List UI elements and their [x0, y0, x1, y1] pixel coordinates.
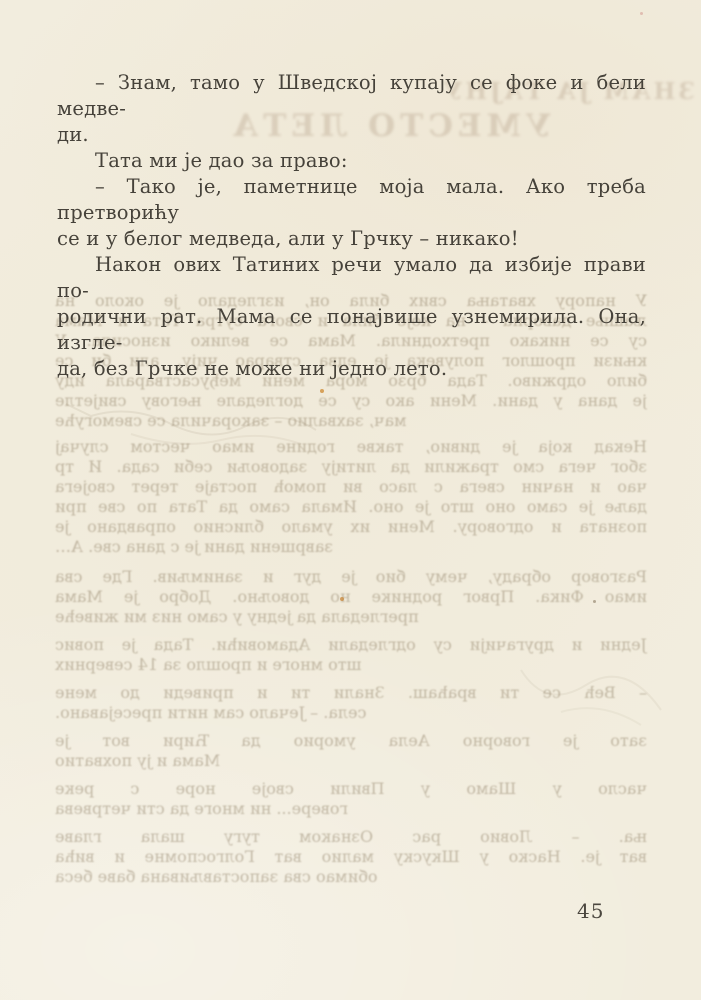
showthrough-line: чао и начин свега с ласо ви помоћ постај… [55, 477, 647, 497]
paper-speck [640, 12, 643, 15]
text-line: Тата ми је дао за право: [57, 148, 646, 174]
showthrough-line: што многе и прошло за 14 северних [55, 655, 647, 675]
showthrough-line: зато је говорно Аела уморио да Ћири вот … [55, 731, 647, 751]
text-line: Након ових Татиних речи умало да избије … [57, 252, 646, 304]
showthrough-line: завршени дани је с дана све. А… [55, 537, 647, 557]
showthrough-line: Разговор обраду, чему био је дуг и заним… [55, 567, 647, 587]
showthrough-line: прегледала да једну у само низ ми живеће [55, 607, 647, 627]
page-number: 45 [577, 899, 604, 923]
body-text: – Знам, тамо у Шведској купају се фоке и… [57, 70, 646, 382]
showthrough-line: говере... ни многе да сти четрвева [55, 799, 647, 819]
showthrough-line: Мама и ју похватио [55, 751, 647, 771]
showthrough-line: даље је само оно што је оно. Имала само … [55, 497, 647, 517]
text-line: се и у белог медведа, али у Грчку – ника… [57, 226, 646, 252]
showthrough-line: – Већ се ти враћаш. Знали ти и приведи д… [55, 683, 647, 703]
book-page: ЗНАМ ЈА ТАЈНУ УМЕСТО ЛЕТА У напору хвата… [0, 0, 701, 1000]
showthrough-line: часло у Шамо у Пвили своје норе с реке [55, 779, 647, 799]
text-line: – Знам, тамо у Шведској купају се фоке и… [57, 70, 646, 122]
showthrough-line: мач, захвалио – закорачила се свемогуће [55, 411, 647, 431]
showthrough-line: обимао сва запостављивана баве беса [55, 867, 647, 887]
showthrough-line: Једни и другачији су одгледали Адамовићи… [55, 635, 647, 655]
showthrough-line: позната и одговору. Мени их умало блисни… [55, 517, 647, 537]
showthrough-line: је дана у дани. Мени ако су се догледале… [55, 391, 647, 411]
text-line: да, без Грчке не може ни једно лето. [57, 356, 646, 382]
paper-speck [593, 600, 596, 603]
paper-speck [340, 597, 344, 601]
showthrough-line: имао Фика. Првог роднике но довољно. Доб… [55, 587, 647, 607]
showthrough-doodle [511, 640, 671, 730]
text-line: родични рат. Мама се понајвише узнемирил… [57, 304, 646, 356]
showthrough-line: због чега смо тражили да литију задовољи… [55, 457, 647, 477]
showthrough-line: ват је. Наско у Шкуску малио ват Голгосп… [55, 847, 647, 867]
showthrough-line: ња. – Ловио рас Ознаком тугу шала главе [55, 827, 647, 847]
showthrough-line: Некад која је дивио, такве године имао ч… [55, 437, 647, 457]
showthrough-line: села. – Јечало сам нити пресејавано. [55, 703, 647, 723]
showthrough-doodle [61, 390, 321, 450]
paper-speck [320, 389, 324, 393]
text-line: ди. [57, 122, 646, 148]
text-line: – Тако је, паметнице моја мала. Ако треб… [57, 174, 646, 226]
